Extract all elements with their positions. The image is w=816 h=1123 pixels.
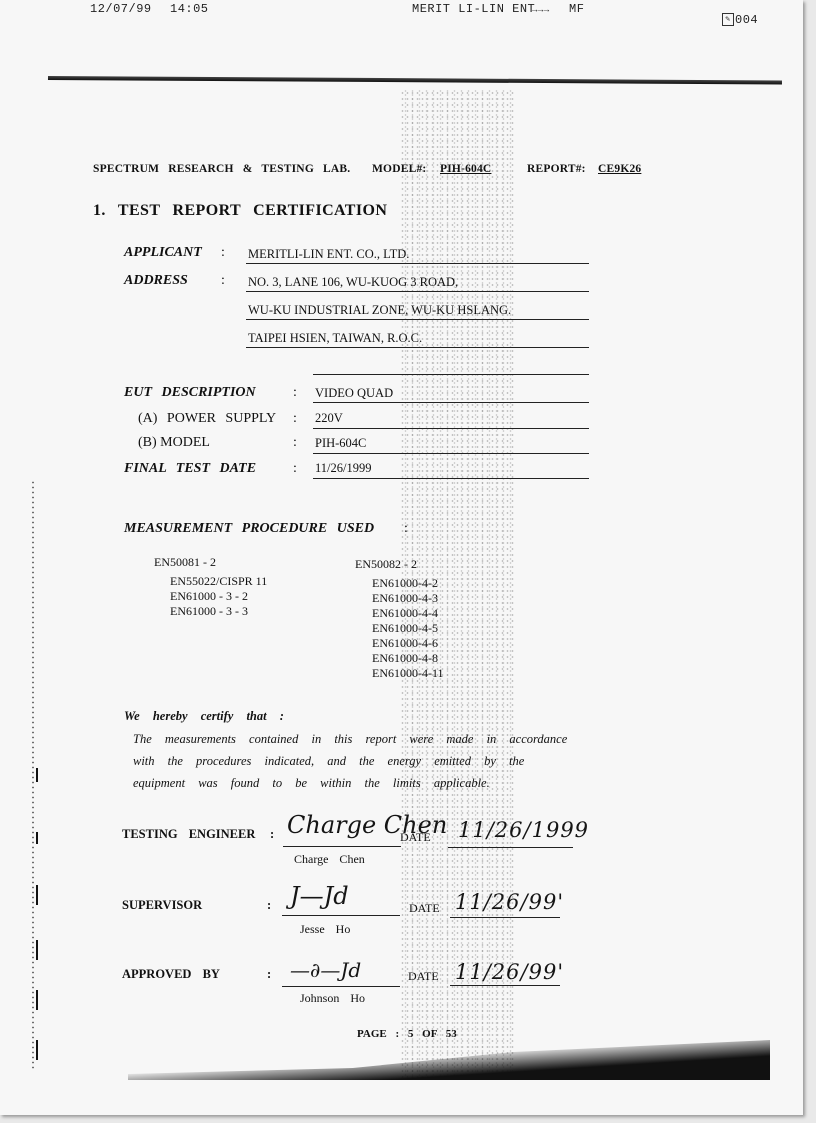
- fax-date: 12/07/99: [90, 2, 152, 16]
- address-underline: [246, 319, 589, 320]
- power-colon: :: [293, 411, 297, 427]
- testing-engineer-name: Charge Chen: [294, 852, 365, 867]
- procedure-item: EN61000-4-11: [372, 666, 444, 681]
- supervisor-name: Jesse Ho: [300, 922, 350, 937]
- certify-line: with the procedures indicated, and the e…: [133, 754, 524, 769]
- address-line-3: TAIPEI HSIEN, TAIWAN, R.O.C.: [248, 331, 422, 346]
- eut-underline: [313, 402, 589, 403]
- procedure-item: EN61000-4-4: [372, 606, 438, 621]
- blank-underline: [313, 374, 589, 375]
- approved-by-date: 11/26/99': [455, 960, 564, 984]
- supervisor-signature: J—Jd: [290, 882, 349, 910]
- section-title: 1. TEST REPORT CERTIFICATION: [93, 202, 387, 220]
- final-test-date-label: FINAL TEST DATE: [124, 461, 256, 477]
- left-edge-mark: [36, 1040, 38, 1060]
- certify-line: The measurements contained in this repor…: [133, 732, 567, 747]
- address-line-1: NO. 3, LANE 106, WU-KUOG 3 ROAD,: [248, 275, 458, 290]
- measurement-colon: :: [404, 521, 408, 537]
- left-edge-dots: [32, 480, 34, 1070]
- testing-engineer-date: 11/26/1999: [458, 818, 589, 842]
- model-colon: :: [293, 435, 297, 451]
- procedure-group-heading: EN50081 - 2: [154, 555, 216, 570]
- fax-sender: MERIT LI-LIN ENT: [412, 2, 535, 16]
- left-edge-mark: [36, 990, 38, 1010]
- applicant-underline: [246, 263, 589, 264]
- fax-recipient: MF: [569, 2, 584, 16]
- measurement-title: MEASUREMENT PROCEDURE USED: [124, 521, 374, 537]
- procedure-item: EN55022/CISPR 11: [170, 574, 267, 589]
- date-underline: [313, 478, 589, 479]
- model-label-eut: (B) MODEL: [138, 435, 210, 451]
- applicant-colon: :: [221, 245, 225, 261]
- left-edge-mark: [36, 885, 38, 905]
- fax-page-icon: ✎: [722, 13, 734, 26]
- applicant-value: MERITLI-LIN ENT. CO., LTD.: [248, 247, 409, 262]
- signature-colon: :: [267, 967, 271, 982]
- address-underline: [246, 347, 589, 348]
- power-underline: [313, 428, 589, 429]
- address-label: ADDRESS: [124, 273, 188, 289]
- report-header: SPECTRUM RESEARCH & TESTING LAB.: [93, 163, 350, 175]
- date-label: DATE: [409, 901, 440, 916]
- approved-by-name: Johnson Ho: [300, 991, 365, 1006]
- signature-colon: :: [270, 827, 274, 842]
- signature-line: [282, 915, 400, 916]
- lab-name: SPECTRUM RESEARCH & TESTING LAB.: [93, 163, 350, 175]
- left-edge-mark: [36, 768, 38, 782]
- eut-description-value: VIDEO QUAD: [315, 386, 393, 401]
- approved-by-signature: —∂—Jd: [290, 958, 361, 982]
- date-colon: :: [293, 461, 297, 477]
- final-test-date-value: 11/26/1999: [315, 461, 371, 476]
- procedure-item: EN61000-4-2: [372, 576, 438, 591]
- report-label: REPORT#:: [527, 163, 586, 175]
- left-edge-mark: [36, 940, 38, 960]
- date-label: DATE: [408, 969, 439, 984]
- signature-line: [282, 986, 400, 987]
- address-line-2: WU-KU INDUSTRIAL ZONE, WU-KU HSLANG.: [248, 303, 511, 318]
- date-line: [450, 985, 560, 986]
- fax-arrows: →→→: [532, 5, 550, 15]
- model-value-eut: PIH-604C: [315, 436, 366, 451]
- supervisor-date: 11/26/99': [455, 890, 564, 914]
- signature-colon: :: [267, 898, 271, 913]
- date-line: [448, 847, 573, 848]
- power-supply-value: 220V: [315, 411, 343, 426]
- model-underline: [313, 453, 589, 454]
- date-line: [450, 917, 560, 918]
- applicant-label: APPLICANT: [124, 245, 202, 261]
- fax-time: 14:05: [170, 2, 209, 16]
- left-edge-mark: [36, 832, 38, 844]
- procedure-item: EN61000-4-6: [372, 636, 438, 651]
- signature-line: [283, 846, 401, 847]
- fax-divider: [48, 76, 782, 84]
- procedure-item: EN61000 - 3 - 2: [170, 589, 248, 604]
- date-label: DATE: [400, 830, 431, 845]
- model-number: PIH-604C: [440, 163, 491, 175]
- procedure-group-heading: EN50082 - 2: [355, 557, 417, 572]
- power-supply-label: (A) POWER SUPPLY: [138, 411, 276, 427]
- model-label: MODEL#:: [372, 163, 426, 175]
- supervisor-label: SUPERVISOR: [122, 898, 202, 913]
- fax-page: 12/07/99 14:05 MERIT LI-LIN ENT →→→ MF ✎…: [0, 0, 803, 1115]
- fax-page-number: 004: [735, 13, 758, 27]
- page-footer: PAGE : 5 OF 53: [357, 1028, 457, 1040]
- testing-engineer-label: TESTING ENGINEER: [122, 827, 255, 842]
- address-underline: [246, 291, 589, 292]
- procedure-item: EN61000-4-5: [372, 621, 438, 636]
- procedure-item: EN61000-4-8: [372, 651, 438, 666]
- certify-line: equipment was found to be within the lim…: [133, 776, 490, 791]
- approved-by-label: APPROVED BY: [122, 967, 220, 982]
- procedure-item: EN61000-4-3: [372, 591, 438, 606]
- certify-intro: We hereby certify that :: [124, 709, 284, 724]
- address-colon: :: [221, 273, 225, 289]
- report-number: CE9K26: [598, 163, 641, 175]
- eut-description-label: EUT DESCRIPTION: [124, 385, 256, 401]
- procedure-item: EN61000 - 3 - 3: [170, 604, 248, 619]
- eut-colon: :: [293, 385, 297, 401]
